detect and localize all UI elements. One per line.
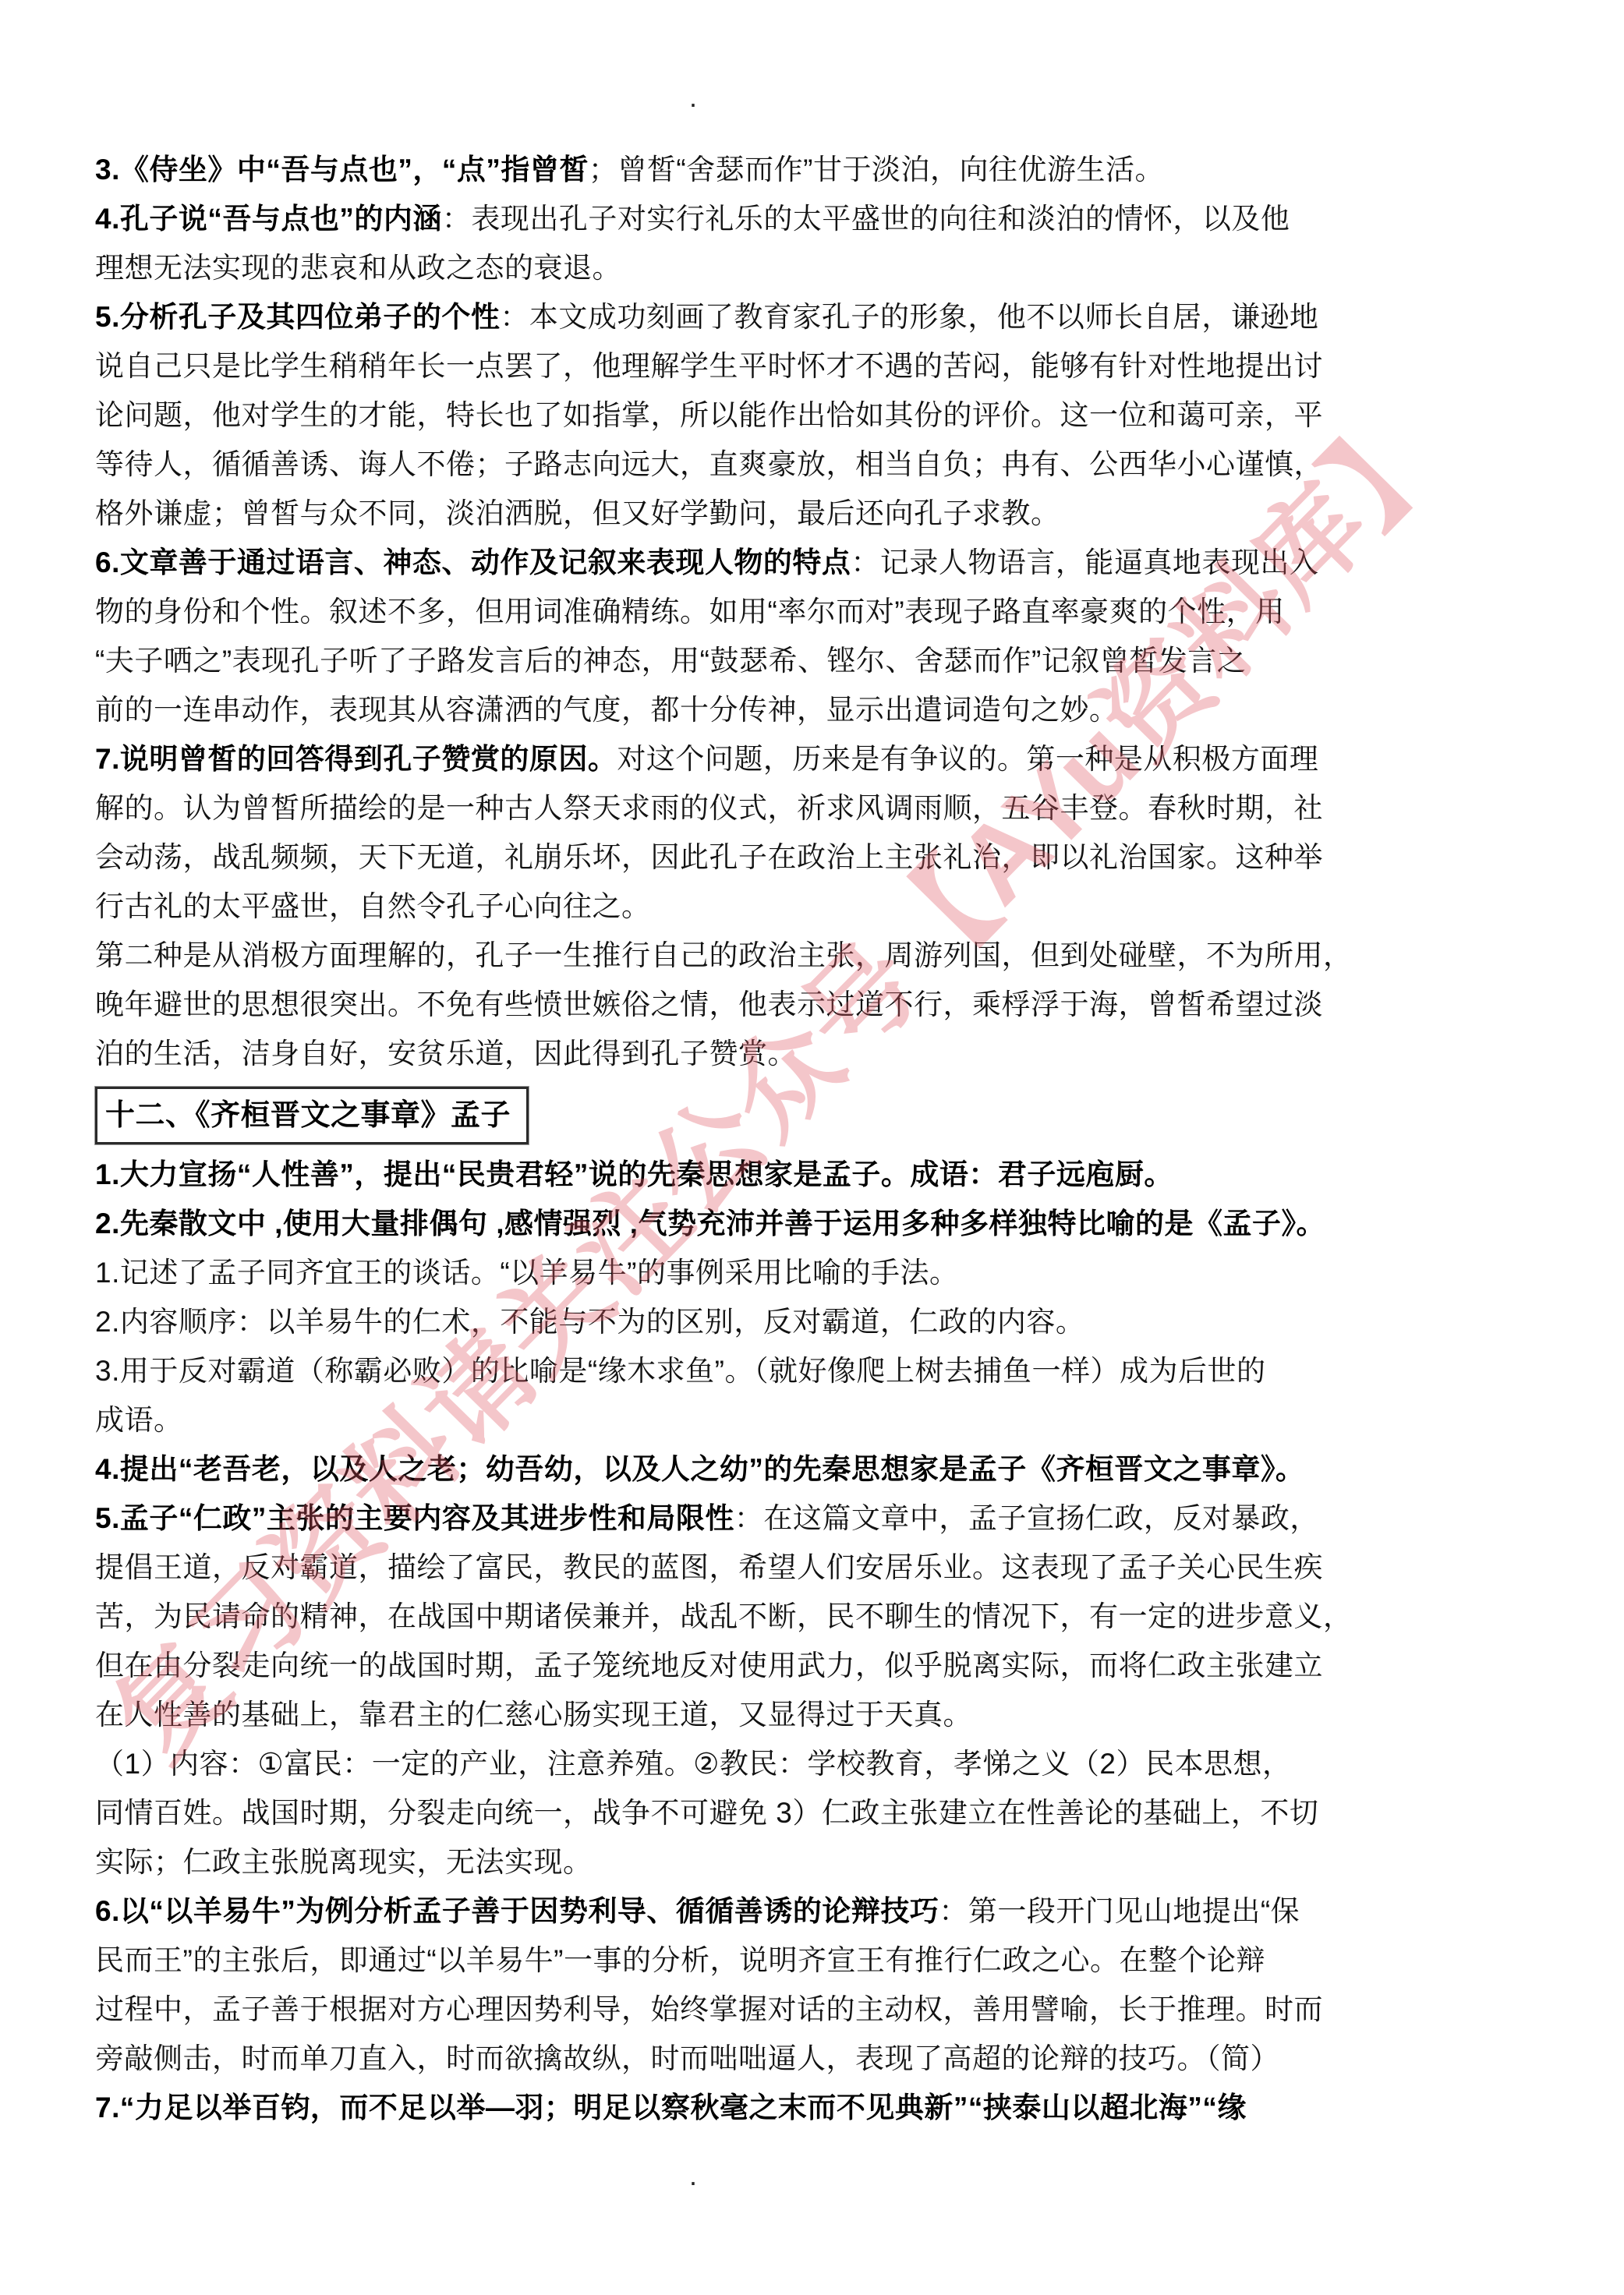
text-line: 旁敲侧击，时而单刀直入，时而欲擒故纵，时而咄咄逼人，表现了高超的论辩的技巧。（简… — [95, 2034, 1311, 2083]
text-line: 格外谦虚；曾皙与众不同，淡泊洒脱，但又好学勤问，最后还向孔子求教。 — [95, 489, 1311, 538]
text-line: 泊的生活，洁身自好，安贫乐道，因此得到孔子赞赏。 — [95, 1029, 1311, 1078]
text-line: 民而王”的主张后，即通过“以羊易牛”一事的分析，说明齐宣王有推行仁政之心。在整个… — [95, 1936, 1311, 1985]
text-segment: 4.提出“老吾老，以及人之老；幼吾幼，以及人之幼”的先秦思想家是孟子《齐桓晋文之… — [95, 1453, 1304, 1485]
text-line: 4.孔子说“吾与点也”的内涵：表现出孔子对实行礼乐的太平盛世的向往和淡泊的情怀，… — [95, 194, 1311, 243]
text-line: 成语。 — [95, 1395, 1311, 1445]
text-segment: ：本文成功刻画了教育家孔子的形象，他不以师长自居，谦逊地 — [500, 301, 1318, 333]
text-segment: 2.先秦散文中 ,使用大量排偶句 ,感情强烈 ,气势充沛并善于运用多种多样独特比… — [95, 1208, 1325, 1239]
text-line: 等待人，循循善诱、诲人不倦；子路志向远大，直爽豪放，相当自负；冉有、公西华小心谨… — [95, 440, 1311, 489]
text-segment: 实际；仁政主张脱离现实，无法实现。 — [95, 1846, 593, 1878]
text-segment: 前的一连串动作，表现其从容潇洒的气度，都十分传神，显示出遣词造句之妙。 — [95, 694, 1119, 726]
text-segment: 3.《侍坐》中“吾与点也”，“点”指曾皙 — [95, 154, 589, 186]
text-segment: 十二、《齐桓晋文之事章》孟子 — [105, 1099, 511, 1132]
text-line: 6.文章善于通过语言、神态、动作及记叙来表现人物的特点：记录人物语言，能逼真地表… — [95, 538, 1311, 587]
text-line: 论问题，他对学生的才能，特长也了如指掌，所以能作出恰如其份的评价。这一位和蔼可亲… — [95, 391, 1311, 440]
text-segment: 但在由分裂走向统一的战国时期，孟子笼统地反对使用武力，似乎脱离实际，而将仁政主张… — [95, 1650, 1323, 1681]
text-segment: ：第一段开门见山地提出“保 — [939, 1895, 1300, 1927]
text-segment: 成语。 — [95, 1404, 183, 1436]
text-segment: 解的。认为曾皙所描绘的是一种古人祭天求雨的仪式，祈求风调雨顺，五谷丰登。春秋时期… — [95, 792, 1323, 824]
text-segment: 等待人，循循善诱、诲人不倦；子路志向远大，直爽豪放，相当自负；冉有、公西华小心谨… — [95, 448, 1323, 480]
text-segment: 晚年避世的思想很突出。不免有些愤世嫉俗之情，他表示过道不行，乘桴浮于海，曾皙希望… — [95, 988, 1323, 1020]
page-artifact-dot-bottom: . — [689, 2172, 697, 2180]
text-line: 2.先秦散文中 ,使用大量排偶句 ,感情强烈 ,气势充沛并善于运用多种多样独特比… — [95, 1199, 1311, 1248]
text-line: 会动荡，战乱频频，天下无道，礼崩乐坏，因此孔子在政治上主张礼治，即以礼治国家。这… — [95, 833, 1311, 882]
text-line: （1）内容：①富民：一定的产业，注意养殖。②教民：学校教育，孝悌之义（2）民本思… — [95, 1739, 1311, 1788]
text-line: 1.大力宣扬“人性善”，提出“民贵君轻”说的先秦思想家是孟子。成语：君子远庖厨。 — [95, 1150, 1311, 1199]
text-segment: 1.记述了孟子同齐宜王的谈话。“以羊易牛”的事例采用比喻的手法。 — [95, 1257, 959, 1289]
text-segment: 在人性善的基础上，靠君主的仁慈心肠实现王道，又显得过于天真。 — [95, 1699, 972, 1731]
text-line: 4.提出“老吾老，以及人之老；幼吾幼，以及人之幼”的先秦思想家是孟子《齐桓晋文之… — [95, 1445, 1311, 1494]
text-line: 6.以“以羊易牛”为例分析孟子善于因势利导、循循善诱的论辩技巧：第一段开门见山地… — [95, 1887, 1311, 1936]
text-segment: 民而王”的主张后，即通过“以羊易牛”一事的分析，说明齐宣王有推行仁政之心。在整个… — [95, 1944, 1265, 1976]
section-heading-box: 十二、《齐桓晋文之事章》孟子 — [95, 1087, 529, 1144]
document-body: 3.《侍坐》中“吾与点也”，“点”指曾皙；曾皙“舍瑟而作”甘于淡泊，向往优游生活… — [95, 145, 1311, 2132]
text-segment: 过程中，孟子善于根据对方心理因势利导，始终掌握对话的主动权，善用譬喻，长于推理。… — [95, 1993, 1323, 2025]
text-line: 理想无法实现的悲哀和从政之态的衰退。 — [95, 243, 1311, 292]
text-segment: 5.分析孔子及其四位弟子的个性 — [95, 301, 500, 333]
text-segment: 论问题，他对学生的才能，特长也了如指掌，所以能作出恰如其份的评价。这一位和蔼可亲… — [95, 399, 1323, 431]
text-segment: 2.内容顺序：以羊易牛的仁术，不能与不为的区别，反对霸道，仁政的内容。 — [95, 1306, 1084, 1338]
text-line: 7.“力足以举百钧，而不足以举—羽；明足以察秋毫之末而不见典新”“挟泰山以超北海… — [95, 2083, 1311, 2132]
text-segment: 4.孔子说“吾与点也”的内涵 — [95, 203, 442, 235]
text-segment: 理想无法实现的悲哀和从政之态的衰退。 — [95, 252, 621, 284]
text-segment: 6.文章善于通过语言、神态、动作及记叙来表现人物的特点 — [95, 546, 851, 578]
text-line: 3.《侍坐》中“吾与点也”，“点”指曾皙；曾皙“舍瑟而作”甘于淡泊，向往优游生活… — [95, 145, 1311, 194]
text-segment: 1.大力宣扬“人性善”，提出“民贵君轻”说的先秦思想家是孟子。成语：君子远庖厨。 — [95, 1158, 1173, 1190]
text-segment: 对这个问题，历来是有争议的。第一种是从积极方面理 — [617, 743, 1318, 775]
text-segment: ；曾皙“舍瑟而作”甘于淡泊，向往优游生活。 — [589, 154, 1164, 186]
text-line: 1.记述了孟子同齐宜王的谈话。“以羊易牛”的事例采用比喻的手法。 — [95, 1248, 1311, 1297]
section-heading-line: 十二、《齐桓晋文之事章》孟子 — [95, 1078, 1311, 1150]
text-segment: 物的身份和个性。叙述不多，但用词准确精练。如用“率尔而对”表现子路直率豪爽的个性… — [95, 596, 1285, 628]
text-line: 晚年避世的思想很突出。不免有些愤世嫉俗之情，他表示过道不行，乘桴浮于海，曾皙希望… — [95, 980, 1311, 1029]
text-line: 解的。认为曾皙所描绘的是一种古人祭天求雨的仪式，祈求风调雨顺，五谷丰登。春秋时期… — [95, 783, 1311, 833]
text-line: 前的一连串动作，表现其从容潇洒的气度，都十分传神，显示出遣词造句之妙。 — [95, 685, 1311, 734]
text-line: 苦，为民请命的精神，在战国中期诸侯兼并，战乱不断，民不聊生的情况下，有一定的进步… — [95, 1592, 1311, 1641]
text-segment: 3.用于反对霸道（称霸必败）的比喻是“缘木求鱼”。（就好像爬上树去捕鱼一样）成为… — [95, 1355, 1266, 1387]
text-segment: 第二种是从消极方面理解的，孔子一生推行自己的政治主张，周游列国，但到处碰壁，不为… — [95, 939, 1353, 971]
text-line: 5.分析孔子及其四位弟子的个性：本文成功刻画了教育家孔子的形象，他不以师长自居，… — [95, 292, 1311, 341]
text-segment: “夫子哂之”表现孔子听了子路发言后的神态，用“鼓瑟希、铿尔、舍瑟而作”记叙曾皙发… — [95, 645, 1246, 677]
text-line: 5.孟子“仁政”主张的主要内容及其进步性和局限性：在这篇文章中，孟子宣扬仁政，反… — [95, 1494, 1311, 1543]
text-line: 行古礼的太平盛世，自然令孔子心向往之。 — [95, 882, 1311, 931]
text-line: “夫子哂之”表现孔子听了子路发言后的神态，用“鼓瑟希、铿尔、舍瑟而作”记叙曾皙发… — [95, 636, 1311, 685]
text-line: 物的身份和个性。叙述不多，但用词准确精练。如用“率尔而对”表现子路直率豪爽的个性… — [95, 587, 1311, 636]
text-line: 2.内容顺序：以羊易牛的仁术，不能与不为的区别，反对霸道，仁政的内容。 — [95, 1297, 1311, 1346]
text-line: 提倡王道，反对霸道，描绘了富民，教民的蓝图，希望人们安居乐业。这表现了孟子关心民… — [95, 1543, 1311, 1592]
text-line: 3.用于反对霸道（称霸必败）的比喻是“缘木求鱼”。（就好像爬上树去捕鱼一样）成为… — [95, 1346, 1311, 1395]
text-line: 7.说明曾皙的回答得到孔子赞赏的原因。对这个问题，历来是有争议的。第一种是从积极… — [95, 734, 1311, 783]
text-segment: 6.以“以羊易牛”为例分析孟子善于因势利导、循循善诱的论辩技巧 — [95, 1895, 939, 1927]
text-segment: 7.“力足以举百钧，而不足以举—羽；明足以察秋毫之末而不见典新”“挟泰山以超北海… — [95, 2092, 1247, 2123]
text-segment: 苦，为民请命的精神，在战国中期诸侯兼并，战乱不断，民不聊生的情况下，有一定的进步… — [95, 1600, 1353, 1632]
text-segment: （1）内容：①富民：一定的产业，注意养殖。②教民：学校教育，孝悌之义（2）民本思… — [95, 1748, 1292, 1780]
text-segment: ：记录人物语言，能逼真地表现出入 — [851, 546, 1318, 578]
page-artifact-dot-top: . — [689, 94, 697, 101]
text-line: 实际；仁政主张脱离现实，无法实现。 — [95, 1837, 1311, 1887]
text-segment: 提倡王道，反对霸道，描绘了富民，教民的蓝图，希望人们安居乐业。这表现了孟子关心民… — [95, 1551, 1323, 1583]
text-line: 同情百姓。战国时期，分裂走向统一，战争不可避免 3）仁政主张建立在性善论的基础上… — [95, 1788, 1311, 1837]
text-segment: 泊的生活，洁身自好，安贫乐道，因此得到孔子赞赏。 — [95, 1038, 797, 1070]
text-segment: 同情百姓。战国时期，分裂走向统一，战争不可避免 3）仁政主张建立在性善论的基础上… — [95, 1797, 1318, 1829]
text-segment: 5.孟子“仁政”主张的主要内容及其进步性和局限性 — [95, 1502, 734, 1534]
text-segment: ：表现出孔子对实行礼乐的太平盛世的向往和淡泊的情怀，以及他 — [442, 203, 1290, 235]
text-segment: ：在这篇文章中，孟子宣扬仁政，反对暴政， — [734, 1502, 1319, 1534]
text-segment: 7.说明曾皙的回答得到孔子赞赏的原因。 — [95, 743, 617, 775]
text-line: 过程中，孟子善于根据对方心理因势利导，始终掌握对话的主动权，善用譬喻，长于推理。… — [95, 1985, 1311, 2034]
text-segment: 说自己只是比学生稍稍年长一点罢了，他理解学生平时怀才不遇的苦闷，能够有针对性地提… — [95, 350, 1323, 382]
text-line: 但在由分裂走向统一的战国时期，孟子笼统地反对使用武力，似乎脱离实际，而将仁政主张… — [95, 1641, 1311, 1690]
text-segment: 格外谦虚；曾皙与众不同，淡泊洒脱，但又好学勤问，最后还向孔子求教。 — [95, 497, 1060, 529]
text-line: 说自己只是比学生稍稍年长一点罢了，他理解学生平时怀才不遇的苦闷，能够有针对性地提… — [95, 341, 1311, 391]
text-segment: 行古礼的太平盛世，自然令孔子心向往之。 — [95, 890, 651, 922]
text-line: 第二种是从消极方面理解的，孔子一生推行自己的政治主张，周游列国，但到处碰壁，不为… — [95, 931, 1311, 980]
text-segment: 会动荡，战乱频频，天下无道，礼崩乐坏，因此孔子在政治上主张礼治，即以礼治国家。这… — [95, 841, 1323, 873]
text-line: 在人性善的基础上，靠君主的仁慈心肠实现王道，又显得过于天真。 — [95, 1690, 1311, 1739]
text-segment: 旁敲侧击，时而单刀直入，时而欲擒故纵，时而咄咄逼人，表现了高超的论辩的技巧。（简… — [95, 2042, 1279, 2074]
